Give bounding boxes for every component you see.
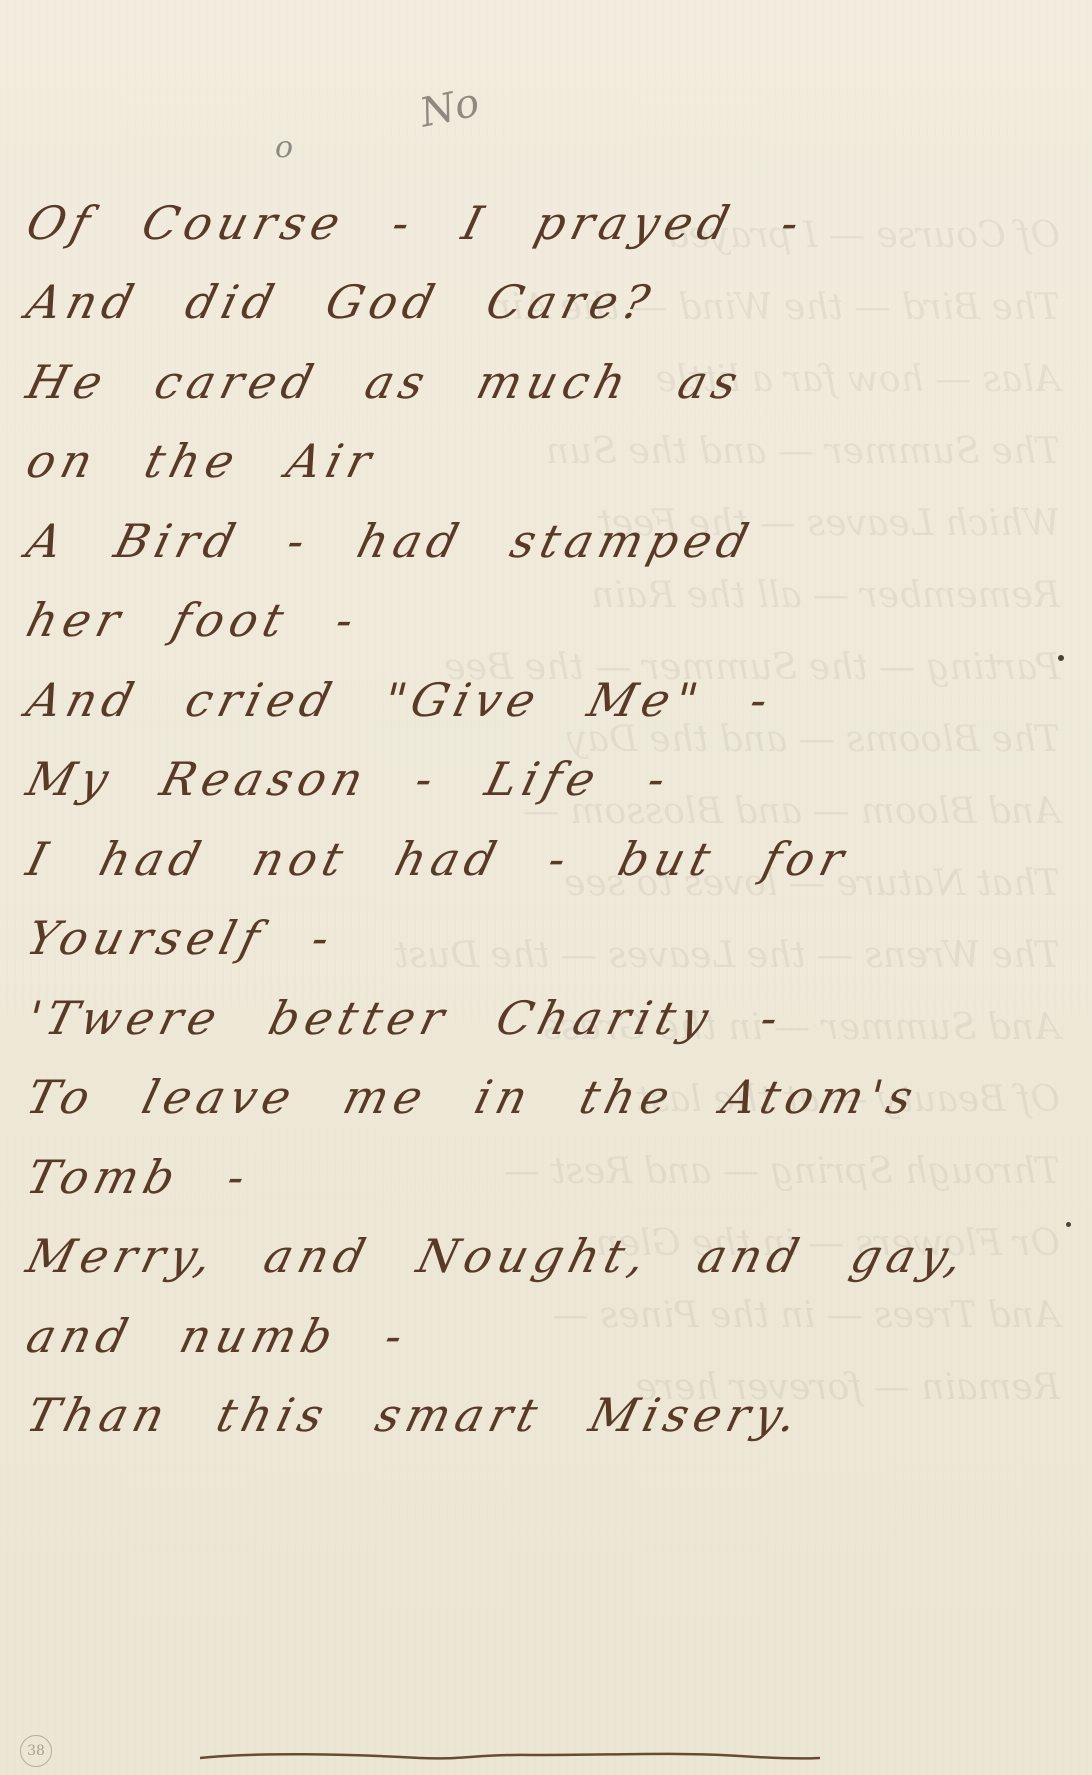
poem-line: Yourself - <box>28 886 1068 966</box>
poem-line: To leave me in the Atom's <box>28 1045 1068 1125</box>
poem-line: her foot - <box>28 568 1068 648</box>
poem-line: Merry, and Nought, and gay, <box>28 1204 1068 1284</box>
pencil-annotation-top: No <box>416 79 483 136</box>
poem-line: Tomb - <box>28 1124 1068 1204</box>
poem-line: My Reason - Life - <box>28 727 1068 807</box>
paper-blemish <box>1066 1222 1071 1227</box>
pencil-annotation-circle: o <box>275 130 293 165</box>
poem-line: I had not had - but for <box>28 806 1068 886</box>
poem-line: Than this smart Misery. <box>28 1363 1068 1443</box>
paper-blemish <box>1058 655 1064 661</box>
poem-text: Of Course - I prayed - And did God Care?… <box>28 170 1068 1442</box>
poem-line: on the Air <box>28 409 1068 489</box>
poem-line: And did God Care? <box>28 250 1068 330</box>
poem-line: And cried "Give Me" - <box>28 647 1068 727</box>
poem-line: A Bird - had stamped <box>28 488 1068 568</box>
ink-end-rule <box>200 1752 820 1760</box>
manuscript-page: Of Course — I prayed The Bird — the Wind… <box>0 0 1092 1775</box>
folio-number-circled: 38 <box>20 1735 52 1767</box>
poem-line: and numb - <box>28 1283 1068 1363</box>
poem-line: Of Course - I prayed - <box>28 170 1068 250</box>
poem-line: He cared as much as <box>28 329 1068 409</box>
poem-line: 'Twere better Charity - <box>28 965 1068 1045</box>
